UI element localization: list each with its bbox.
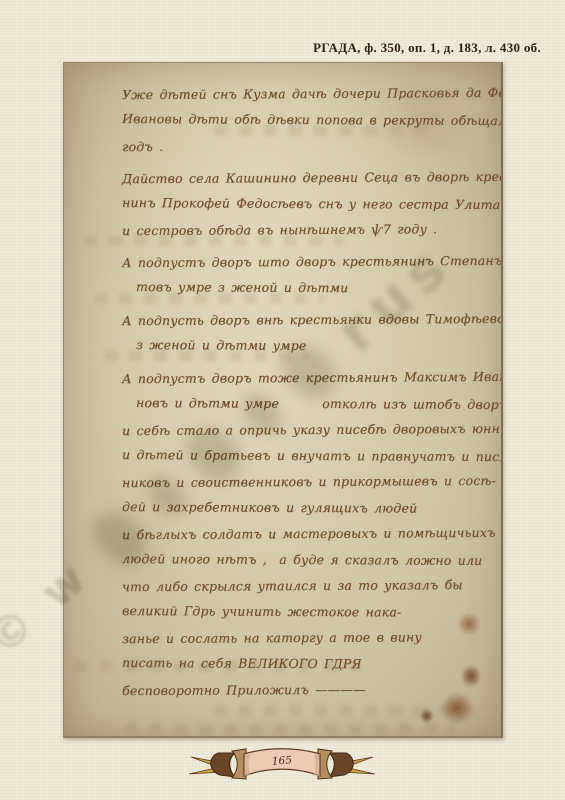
handwritten-line: новъ и дѣтми умре отколѣ изъ штобъ дворъ…	[136, 390, 500, 418]
ribbon-curl-right	[329, 753, 353, 777]
handwritten-line: и бѣглыхъ солдатъ и мастеровыхъ и помѣщи…	[122, 520, 500, 548]
manuscript-page: Уже дѣтей снъ Кузма дачѣ дочери Прасковь…	[63, 62, 503, 738]
handwritten-line: Уже дѣтей снъ Кузма дачѣ дочери Прасковь…	[122, 80, 500, 108]
handwritten-line: Дайство села Кашинино деревни Сеца въ дв…	[122, 164, 500, 192]
handwritten-line: А подпустъ дворъ што дворъ крестьянинъ С…	[122, 248, 500, 276]
handwritten-line: А подпустъ дворъ тоже крестьянинъ Максим…	[122, 364, 500, 392]
handwritten-line: писать на себя ВЕЛИКОГО ГДРЯ	[122, 650, 500, 678]
handwritten-line: дей и захребетниковъ и гулящихъ людей	[122, 494, 500, 522]
page-number: 165	[272, 754, 293, 767]
ribbon-graphic: 165	[187, 744, 377, 790]
handwritten-line: и себѣ стало а опричь указу писебѣ дворо…	[122, 416, 500, 444]
ribbon-curl-left	[211, 753, 235, 777]
handwritten-line: что либо скрылся утаился и за то указалъ…	[122, 572, 500, 600]
handwritten-line: А подпусть дворъ внѣ крестьянки вдовы Ти…	[122, 306, 500, 334]
ink-stain	[440, 691, 474, 725]
paragraph: Уже дѣтей снъ Кузма дачѣ дочери Прасковь…	[122, 81, 500, 159]
paragraph: А подпусть дворъ внѣ крестьянки вдовы Ти…	[122, 307, 500, 359]
handwritten-line: и дѣтей и братьевъ и внучатъ и правнучат…	[122, 442, 500, 470]
paragraph: Дайство села Кашинино деревни Сеца въ дв…	[122, 165, 500, 243]
handwritten-line: и сестровъ обѣда въ нынѣшнемъ ѱ7 году .	[122, 216, 500, 244]
handwritten-line: з женой и дѣтми умре	[136, 332, 500, 360]
bleed-through	[124, 723, 454, 734]
ink-stain	[456, 613, 482, 635]
scanned-document-view: РГАДА, ф. 350, оп. 1, д. 183, л. 430 об.…	[0, 0, 565, 800]
ink-stain	[420, 709, 434, 723]
paragraph: А подпустъ дворъ што дворъ крестьянинъ С…	[122, 249, 500, 301]
archive-reference: РГАДА, ф. 350, оп. 1, д. 183, л. 430 об.	[313, 40, 541, 56]
ink-stain	[462, 663, 480, 689]
handwritten-line: великий Гдрь учинить жестокое нака-	[122, 598, 500, 626]
handwritten-line: занье и сослать на каторгу а тое в вину	[122, 624, 500, 652]
handwritten-line: нинъ Прокофей Федосѣевъ снъ у него сестр…	[122, 190, 500, 218]
handwritten-line: Ивановы дѣти обѣ дѣвки попова в рекруты …	[122, 106, 500, 134]
page-number-ribbon: 165	[187, 744, 377, 790]
handwritten-line: никовъ и своиственниковъ и прикормышевъ …	[122, 468, 500, 496]
handwritten-line: годъ .	[122, 132, 500, 160]
paragraph: А подпустъ дворъ тоже крестьянинъ Максим…	[122, 365, 500, 703]
handwritten-text-block: Уже дѣтей снъ Кузма дачѣ дочери Прасковь…	[122, 81, 500, 709]
handwritten-line: товъ умре з женой и дѣтми	[136, 274, 500, 302]
handwritten-line: людей иного нѣтъ , а буде я сказалъ ложн…	[122, 546, 500, 574]
